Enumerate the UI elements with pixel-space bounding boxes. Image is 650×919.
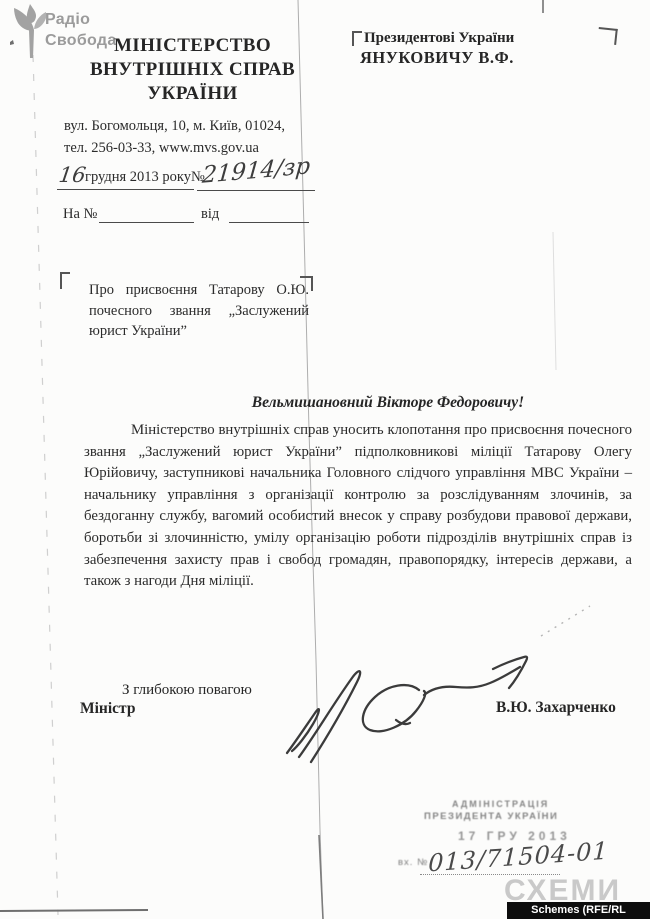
ref-number-underline <box>99 222 194 223</box>
subject-line2: почесного звання „Заслужений <box>89 301 309 322</box>
faint-vertical-artifact <box>553 232 556 370</box>
ministry-name-line2: ВНУТРІШНІХ СПРАВ <box>60 58 325 82</box>
page-corner-mark-top-right <box>597 27 618 45</box>
ministry-address: вул. Богомольця, 10, м. Київ, 01024, тел… <box>64 115 285 159</box>
addressee-corner-mark <box>352 31 362 46</box>
ref-na-label: На № <box>63 206 97 223</box>
ministry-header: МІНІСТЕРСТВО ВНУТРІШНІХ СПРАВ УКРАЇНИ <box>60 34 325 106</box>
letter-body-paragraph: Міністерство внутрішніх справ уносить кл… <box>84 420 632 593</box>
ministry-name-line3: УКРАЇНИ <box>60 82 325 106</box>
subject-block: Про присвоєння Татарову О.Ю. почесного з… <box>89 280 309 342</box>
addressee-line1: Президентові України <box>364 30 514 47</box>
schemes-credit-label: Schemes (RFE/RL Graphics) <box>507 902 650 919</box>
bottom-left-scan-line <box>0 910 148 911</box>
date-printed-text: грудня 2013 року№ <box>85 169 205 186</box>
closing-respect-line: З глибокою повагою <box>122 682 252 699</box>
stamp-incoming-label: вх. № <box>398 857 428 868</box>
addressee-line2: ЯНУКОВИЧУ В.Ф. <box>360 48 514 68</box>
address-phone-line: тел. 256-03-33, www.mvs.gov.ua <box>64 137 285 159</box>
address-street-line: вул. Богомольця, 10, м. Київ, 01024, <box>64 115 285 137</box>
date-underline <box>57 189 194 190</box>
subject-line3: юрист України” <box>89 321 309 342</box>
radio-svoboda-torch-icon <box>8 2 48 60</box>
left-crease-dashed-line <box>33 55 58 915</box>
subject-line1: Про присвоєння Татарову О.Ю. <box>89 280 309 301</box>
date-day-handwritten: 16 <box>57 163 87 187</box>
stamp-org-line1: АДМІНІСТРАЦІЯ <box>452 799 549 809</box>
minister-signature <box>270 630 550 780</box>
ministry-name-line1: МІНІСТЕРСТВО <box>60 34 325 58</box>
radio-svoboda-wordmark-line1: Радіо <box>45 11 90 29</box>
ref-date-underline <box>229 222 309 223</box>
number-underline <box>197 190 315 191</box>
subject-corner-mark-left <box>60 272 70 289</box>
scanned-letter-page: Радіо Свобода МІНІСТЕРСТВО ВНУТРІШНІХ СП… <box>0 0 650 919</box>
ref-vid-label: від <box>201 206 219 223</box>
stamp-org-line2: ПРЕЗИДЕНТА УКРАЇНИ <box>424 811 558 822</box>
salutation: Вельмишановний Вікторе Федоровичу! <box>173 394 603 412</box>
closing-title-minister: Міністр <box>80 700 135 718</box>
